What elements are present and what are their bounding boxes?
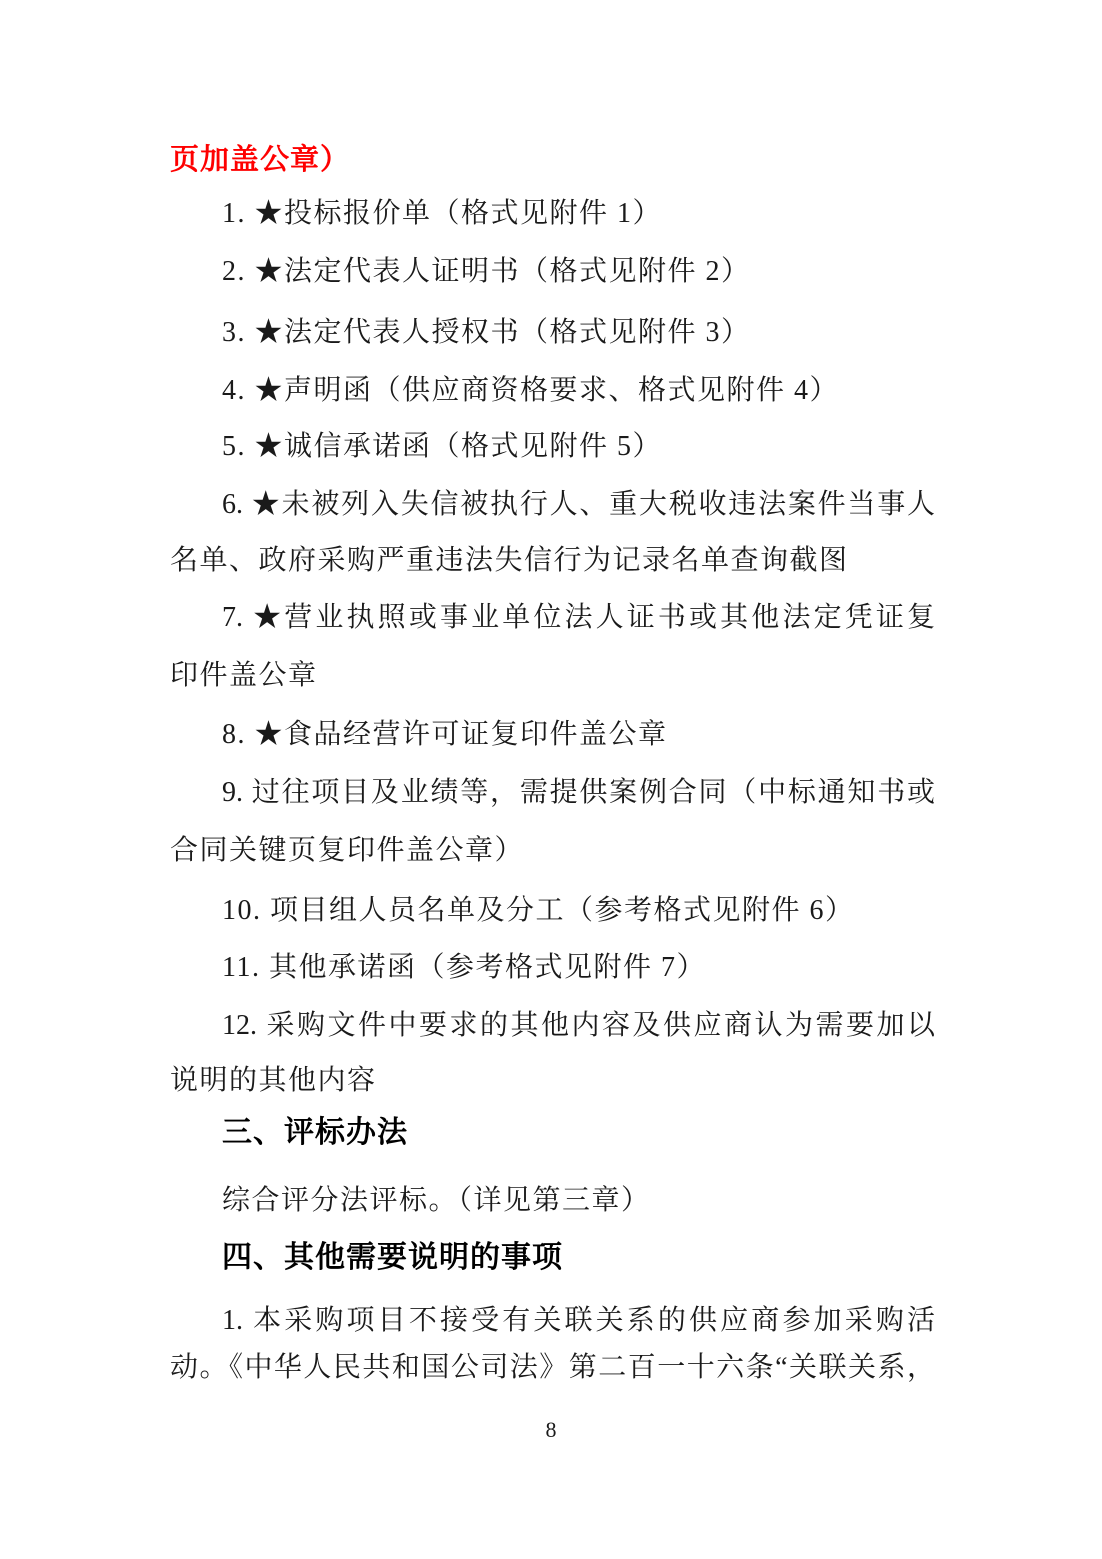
list-item-7-line-1: 7. ★营业执照或事业单位法人证书或其他法定凭证复 xyxy=(170,601,935,635)
section-heading-4-other-matters: 四、其他需要说明的事项 xyxy=(170,1241,935,1275)
list-item-5: 5. ★诚信承诺函（格式见附件 5） xyxy=(170,430,935,464)
paragraph-1-line-2: 动。《中华人民共和国公司法》第二百一十六条“关联关系， xyxy=(170,1351,935,1385)
paragraph-1-line-1: 1. 本采购项目不接受有关联关系的供应商参加采购活 xyxy=(170,1304,935,1338)
carryover-heading: 页加盖公章） xyxy=(170,143,935,177)
document-page: 页加盖公章） 1. ★投标报价单（格式见附件 1） 2. ★法定代表人证明书（格… xyxy=(0,0,1102,1559)
list-item-7-line-2: 印件盖公章 xyxy=(170,659,935,693)
paragraph-evaluation-method: 综合评分法评标。（详见第三章） xyxy=(170,1184,935,1218)
list-item-8: 8. ★食品经营许可证复印件盖公章 xyxy=(170,718,935,752)
list-item-9-line-2: 合同关键页复印件盖公章） xyxy=(170,834,935,868)
section-heading-3-evaluation-method: 三、评标办法 xyxy=(170,1116,935,1150)
list-item-2: 2. ★法定代表人证明书（格式见附件 2） xyxy=(170,255,935,289)
list-item-12-line-1: 12. 采购文件中要求的其他内容及供应商认为需要加以 xyxy=(170,1009,935,1043)
list-item-12-line-2: 说明的其他内容 xyxy=(170,1064,935,1098)
list-item-6-line-1: 6. ★未被列入失信被执行人、重大税收违法案件当事人 xyxy=(170,488,935,522)
list-item-3: 3. ★法定代表人授权书（格式见附件 3） xyxy=(170,316,935,350)
list-item-4: 4. ★声明函（供应商资格要求、格式见附件 4） xyxy=(170,374,935,408)
list-item-6-line-2: 名单、政府采购严重违法失信行为记录名单查询截图 xyxy=(170,544,935,578)
list-item-11: 11. 其他承诺函（参考格式见附件 7） xyxy=(170,951,935,985)
list-item-1: 1. ★投标报价单（格式见附件 1） xyxy=(170,197,935,231)
page-number: 8 xyxy=(0,1417,1102,1443)
list-item-9-line-1: 9. 过往项目及业绩等，需提供案例合同（中标通知书或 xyxy=(170,776,935,810)
list-item-10: 10. 项目组人员名单及分工（参考格式见附件 6） xyxy=(170,894,935,928)
